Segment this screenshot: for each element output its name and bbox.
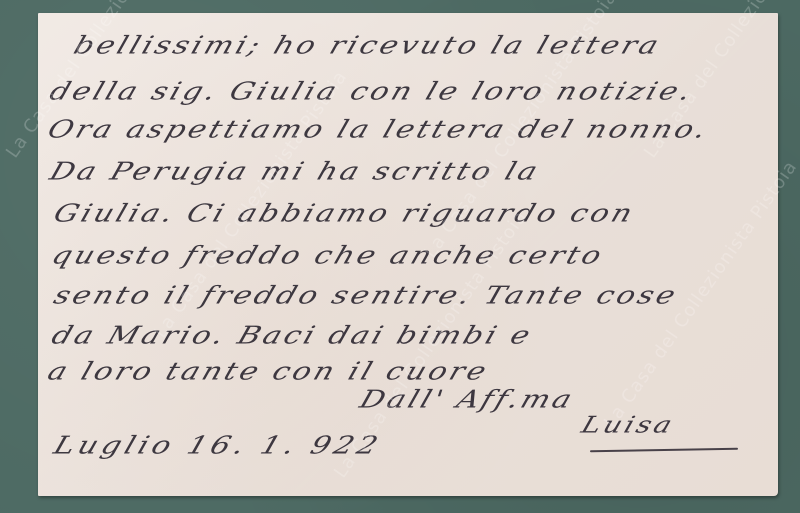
letter-line-8: da Mario. Baci dai bimbi e bbox=[48, 321, 537, 350]
letter-line-2: della sig. Giulia con le loro notizie. bbox=[46, 77, 698, 106]
signature: Luisa bbox=[578, 411, 678, 438]
letter-line-1: bellissimi; ho ricevuto la lettera bbox=[70, 31, 665, 60]
postcard: bellissimi; ho ricevuto la lettera della… bbox=[38, 13, 778, 496]
closing-text: Dall' Aff.ma bbox=[356, 385, 578, 414]
letter-line-9: a loro tante con il cuore bbox=[44, 357, 493, 386]
letter-line-5: Giulia. Ci abbiamo riguardo con bbox=[50, 199, 639, 228]
signature-underline bbox=[590, 448, 738, 453]
letter-line-7: sento il freddo sentire. Tante cose bbox=[50, 281, 682, 310]
letter-line-4: Da Perugia mi ha scritto la bbox=[46, 157, 544, 186]
date-line: Luglio 16. 1. 922 bbox=[50, 431, 385, 460]
letter-line-6: questo freddo che anche certo bbox=[48, 241, 608, 270]
letter-line-3: Ora aspettiamo la lettera del nonno. bbox=[44, 115, 713, 144]
